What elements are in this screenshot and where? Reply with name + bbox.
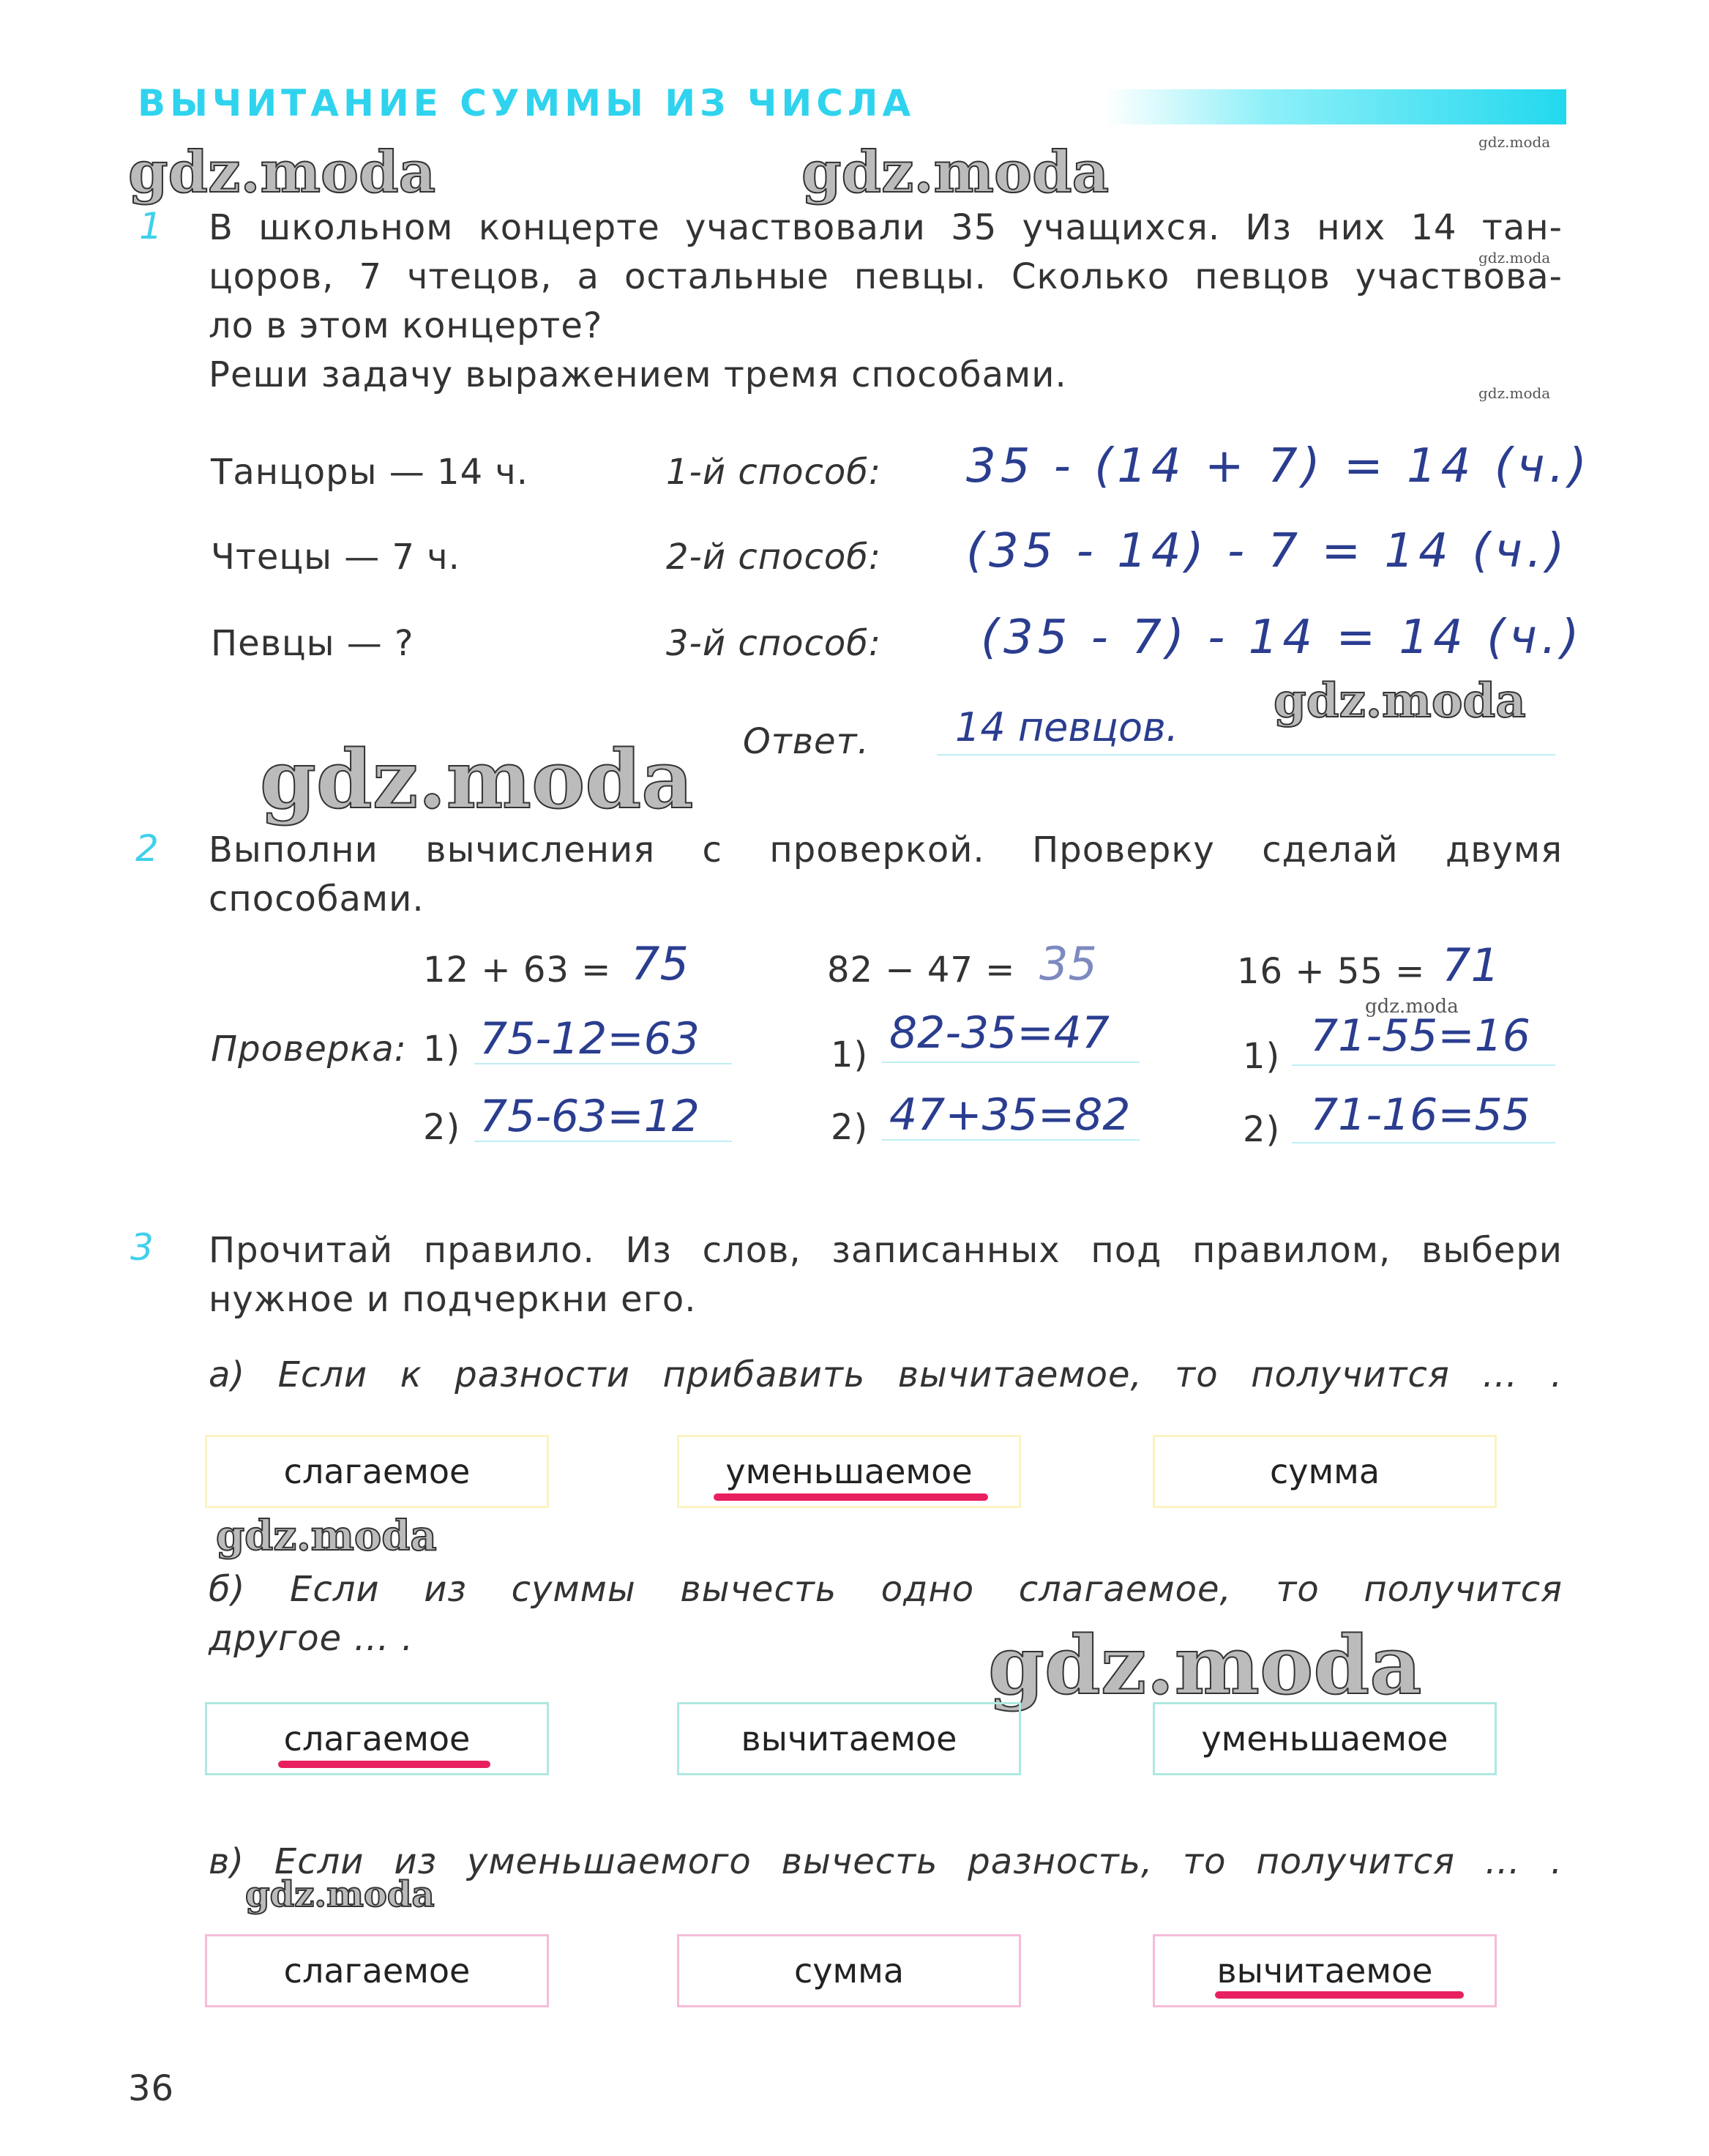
watermark: gdz.moda: [260, 732, 694, 827]
option-label: слагаемое: [284, 1452, 471, 1491]
check-field[interactable]: 75-12=63: [479, 1013, 700, 1064]
check-line: [474, 1063, 732, 1064]
task3-line: Прочитай правило. Из слов, записанных по…: [209, 1226, 1563, 1275]
check-label: Проверка:: [211, 1025, 407, 1074]
method-label: 3-й способ:: [666, 619, 881, 668]
check-marker: 2): [1243, 1105, 1280, 1155]
method-label: 1-й способ:: [666, 448, 881, 497]
result-field[interactable]: 75: [631, 937, 689, 991]
check-marker: 2): [423, 1103, 460, 1152]
option-box[interactable]: уменьшаемое: [1153, 1702, 1497, 1775]
check-line: [882, 1139, 1140, 1141]
answer-field[interactable]: 14 певцов.: [955, 704, 1178, 750]
watermark: gdz.moda: [128, 139, 435, 206]
task1-line: Реши задачу выражением тремя способами.: [209, 351, 1563, 400]
check-field[interactable]: 71-16=55: [1310, 1089, 1530, 1141]
watermark: gdz.moda: [1274, 674, 1526, 728]
rule-b-text: б) Если из суммы вычесть одно слагаемое,…: [209, 1565, 1563, 1614]
option-box[interactable]: сумма: [1153, 1435, 1497, 1508]
check-field[interactable]: 75-63=12: [479, 1091, 700, 1142]
handwritten-underline: [1215, 1991, 1464, 1999]
option-label: уменьшаемое: [725, 1452, 972, 1491]
task1-line: В школьном концерте участвовали 35 учащи…: [209, 204, 1563, 253]
expression: 16 + 55 =: [1237, 947, 1425, 996]
option-label: слагаемое: [284, 1719, 471, 1758]
check-marker: 2): [831, 1103, 868, 1152]
check-field[interactable]: 71-55=16: [1310, 1010, 1530, 1062]
task1-text: В школьном концерте участвовали 35 учащи…: [209, 204, 1563, 400]
rule-c-text: в) Если из уменьшаемого вычесть разность…: [209, 1838, 1563, 1887]
watermark: gdz.moda: [988, 1618, 1422, 1712]
expression: 82 − 47 =: [827, 946, 1015, 995]
condition-dancers: Танцоры — 14 ч.: [211, 448, 528, 497]
rule-b-text: другое … .: [209, 1614, 414, 1663]
check-line: [474, 1141, 732, 1142]
method-answer-field[interactable]: 35 - (14 + 7) = 14 (ч.): [966, 439, 1591, 493]
option-box[interactable]: сумма: [677, 1934, 1021, 2007]
result-field[interactable]: 71: [1442, 939, 1500, 992]
task2-text: Выполни вычисления с проверкой. Проверку…: [209, 826, 1563, 924]
check-line: [882, 1062, 1140, 1063]
check-marker: 1): [831, 1031, 868, 1080]
condition-readers: Чтецы — 7 ч.: [211, 533, 460, 582]
check-line: [1292, 1142, 1555, 1144]
task-number: 3: [130, 1226, 154, 1269]
check-field[interactable]: 82-35=47: [889, 1007, 1110, 1059]
check-marker: 1): [423, 1025, 460, 1074]
answer-label: Ответ.: [743, 717, 870, 766]
condition-singers: Певцы — ?: [211, 619, 414, 668]
option-label: сумма: [1270, 1452, 1380, 1491]
check-line: [1292, 1064, 1555, 1066]
method-answer-field[interactable]: (35 - 14) - 7 = 14 (ч.): [966, 524, 1568, 578]
check-marker: 1): [1243, 1032, 1280, 1081]
handwritten-underline: [714, 1493, 988, 1501]
watermark: gdz.moda: [216, 1512, 437, 1560]
answer-line: [937, 754, 1555, 756]
task2-line: Выполни вычисления с проверкой. Проверку…: [209, 826, 1563, 875]
section-title: ВЫЧИТАНИЕ СУММЫ ИЗ ЧИСЛА: [138, 82, 915, 124]
title-decoration-bar: [1105, 89, 1566, 124]
option-label: слагаемое: [284, 1951, 471, 1991]
method-answer-field[interactable]: (35 - 7) - 14 = 14 (ч.): [981, 611, 1583, 665]
task1-line: ло в этом концерте?: [209, 302, 1563, 351]
option-box[interactable]: вычитаемое: [677, 1702, 1021, 1775]
task-number: 1: [139, 205, 162, 247]
option-box[interactable]: слагаемое: [205, 1435, 549, 1508]
option-box[interactable]: слагаемое: [205, 1934, 549, 2007]
watermark-small: gdz.moda: [1478, 133, 1550, 151]
option-label: сумма: [794, 1951, 904, 1991]
task3-text: Прочитай правило. Из слов, записанных по…: [209, 1226, 1563, 1324]
method-label: 2-й способ:: [666, 533, 881, 582]
expression: 12 + 63 =: [423, 946, 611, 995]
option-label: вычитаемое: [1217, 1951, 1433, 1991]
task-number: 2: [135, 827, 159, 870]
watermark: gdz.moda: [801, 139, 1109, 206]
task1-line: цоров, 7 чтецов, а остальные певцы. Скол…: [209, 253, 1563, 302]
rule-a-text: а) Если к разности прибавить вычитаемое,…: [209, 1351, 1563, 1400]
check-field[interactable]: 47+35=82: [889, 1089, 1131, 1141]
task2-line: способами.: [209, 875, 1563, 924]
option-label: уменьшаемое: [1201, 1719, 1448, 1758]
page-number: 36: [128, 2064, 174, 2114]
option-label: вычитаемое: [741, 1719, 957, 1758]
task3-line: нужное и подчеркни его.: [209, 1275, 1563, 1324]
handwritten-underline: [278, 1761, 490, 1768]
result-field[interactable]: 35: [1039, 937, 1097, 991]
